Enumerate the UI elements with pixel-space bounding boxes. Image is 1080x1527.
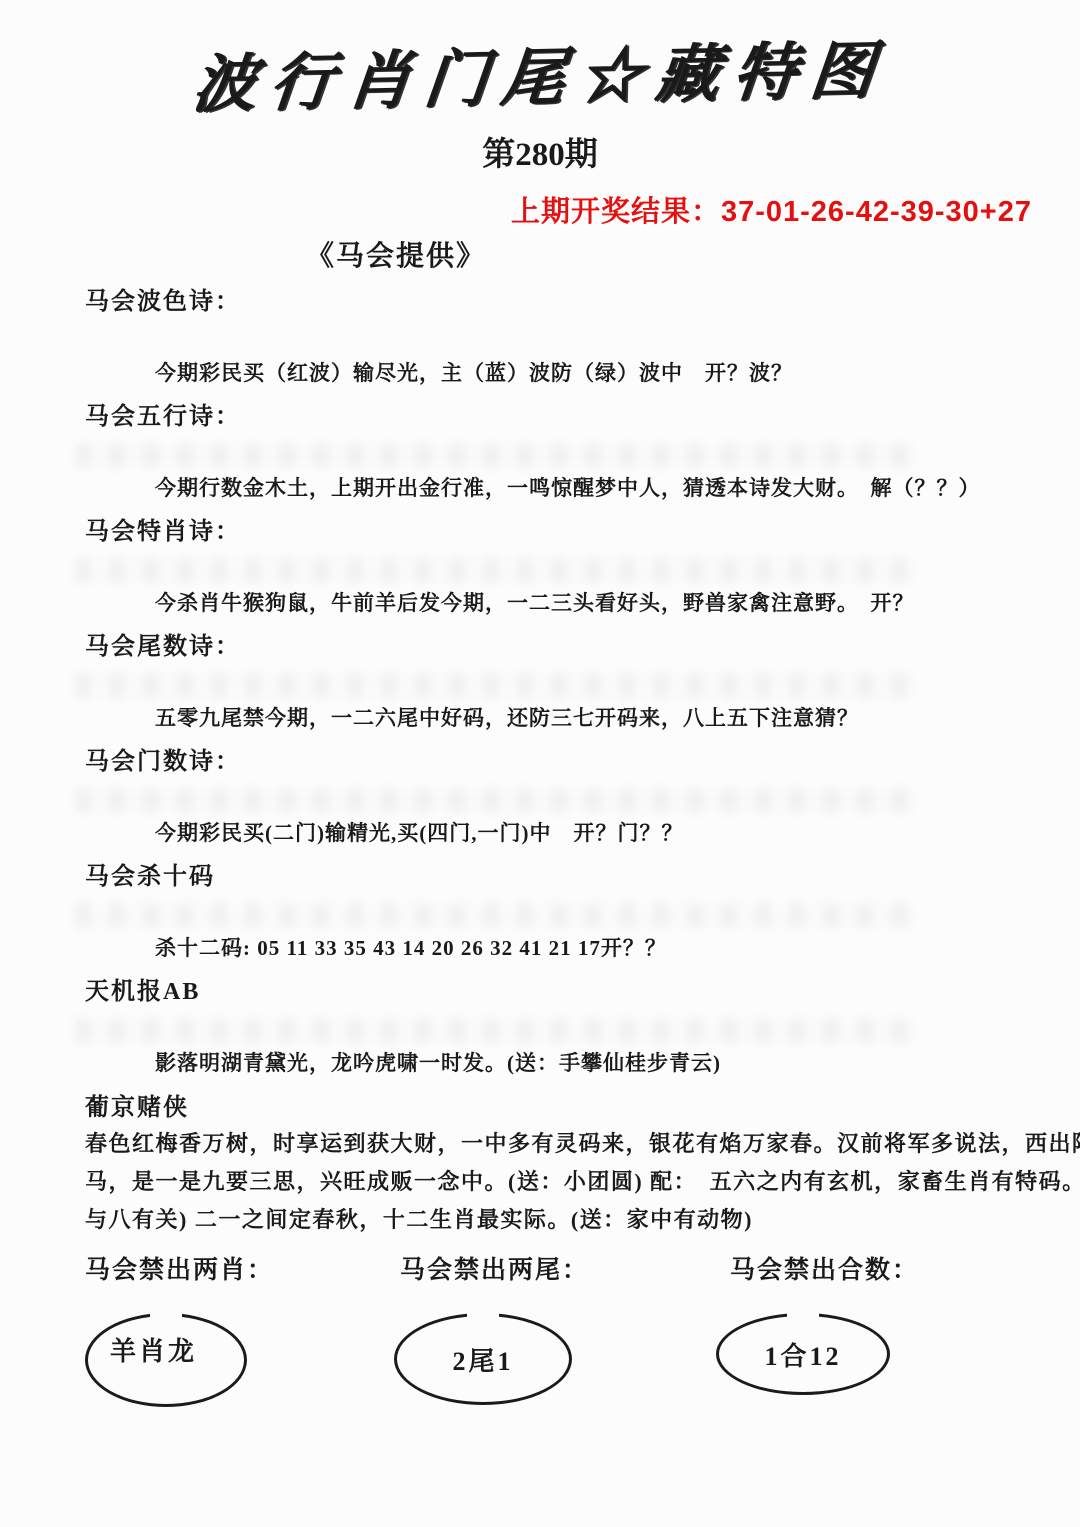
forbidden-heading: 马会禁出合数：: [730, 1255, 919, 1287]
oval-gap: [787, 1311, 819, 1320]
scan-smudge: [75, 558, 915, 583]
scan-smudge: [75, 788, 915, 813]
section-heading: 马会五行诗：: [85, 401, 1080, 433]
scan-smudge: [75, 903, 915, 928]
forbidden-value: 1合12: [764, 1336, 841, 1373]
section-shashima: 马会杀十码 杀十二码: 05 11 33 35 43 14 20 26 32 4…: [0, 861, 1080, 963]
section-wuxing: 马会五行诗： 今期行数金木土，上期开出金行准，一鸣惊醒梦中人，猜透本诗发大财。 …: [0, 401, 1080, 503]
section-poem: 今期彩民买（红波）输尽光，主（蓝）波防（绿）波中 开？波？: [155, 358, 1080, 388]
section-heading: 马会杀十码: [85, 861, 1080, 893]
tip-sheet-page: 波行肖门尾☆藏特图 第280期 上期开奖结果：37-01-26-42-39-30…: [0, 0, 1080, 1527]
section-texiao: 马会特肖诗： 今杀肖牛猴狗鼠，牛前羊后发今期，一二三头看好头，野兽家禽注意野。 …: [0, 516, 1080, 618]
page-title: 波行肖门尾☆藏特图: [0, 15, 1080, 142]
pujing-line: 春色红梅香万树，时享运到获大财，一中多有灵码来，银花有焰万家春。汉前将军多说法，…: [85, 1125, 1000, 1163]
section-bose: 马会波色诗： 今期彩民买（红波）输尽光，主（蓝）波防（绿）波中 开？波？: [0, 286, 1080, 388]
section-heading: 马会门数诗：: [85, 746, 1080, 778]
section-poem: 五零九尾禁今期，一二六尾中好码，还防三七开码来，八上五下注意猜？: [155, 703, 1080, 733]
scan-smudge: [75, 443, 915, 468]
section-tianjibao: 天机报AB 影落明湖青黛光，龙吟虎啸一时发。(送：手攀仙桂步青云): [0, 976, 1080, 1078]
forbidden-two-xiao: 马会禁出两肖： 羊肖龙: [85, 1255, 274, 1407]
scan-smudge: [75, 673, 915, 698]
last-draw-result: 上期开奖结果：37-01-26-42-39-30+27: [0, 196, 1080, 228]
forbidden-he-shu: 马会禁出合数： 1合12: [730, 1255, 919, 1395]
section-killed-numbers: 杀十二码: 05 11 33 35 43 14 20 26 32 41 21 1…: [155, 933, 1080, 963]
section-menshu: 马会门数诗： 今期彩民买(二门)输精光,买(四门,一门)中 开？门？？: [0, 746, 1080, 848]
pujing-section: 葡京赌侠 春色红梅香万树，时享运到获大财，一中多有灵码来，银花有焰万家春。汉前将…: [0, 1091, 1080, 1239]
section-heading: 马会波色诗：: [85, 286, 1080, 318]
forbidden-two-wei: 马会禁出两尾： 2尾1: [400, 1255, 589, 1405]
pujing-line: 与八有关) 二一之间定春秋，十二生肖最实际。(送：家中有动物): [85, 1201, 1000, 1239]
section-poem: 今期行数金木土，上期开出金行准，一鸣惊醒梦中人，猜透本诗发大财。 解（？？）: [155, 473, 1080, 503]
poem-sections: 马会波色诗： 今期彩民买（红波）输尽光，主（蓝）波防（绿）波中 开？波？ 马会五…: [0, 286, 1080, 1078]
forbidden-value: 2尾1: [452, 1341, 513, 1378]
forbidden-row: 马会禁出两肖： 羊肖龙 马会禁出两尾： 2尾1 马会禁出合数： 1合12: [0, 1255, 1080, 1475]
section-heading: 马会尾数诗：: [85, 631, 1080, 663]
forbidden-oval: 羊肖龙: [85, 1313, 247, 1407]
forbidden-oval: 1合12: [716, 1313, 890, 1395]
scan-smudge: [75, 1018, 915, 1043]
section-poem: 影落明湖青黛光，龙吟虎啸一时发。(送：手攀仙桂步青云): [155, 1048, 1080, 1078]
section-heading: 天机报AB: [85, 976, 1080, 1008]
forbidden-oval: 2尾1: [394, 1313, 572, 1405]
oval-gap: [150, 1311, 182, 1320]
section-poem: 今杀肖牛猴狗鼠，牛前羊后发今期，一二三头看好头，野兽家禽注意野。 开？: [155, 588, 1080, 618]
section-heading: 马会特肖诗：: [85, 516, 1080, 548]
pujing-line: 马，是一是九要三思，兴旺成贩一念中。(送：小团圆) 配： 五六之内有玄机，家畜生…: [85, 1163, 1000, 1201]
forbidden-value: 羊肖龙: [110, 1331, 197, 1368]
oval-gap: [467, 1311, 499, 1320]
section-poem: 今期彩民买(二门)输精光,买(四门,一门)中 开？门？？: [155, 818, 1080, 848]
section-weishu: 马会尾数诗： 五零九尾禁今期，一二六尾中好码，还防三七开码来，八上五下注意猜？: [0, 631, 1080, 733]
forbidden-heading: 马会禁出两尾：: [400, 1255, 589, 1287]
issue-number: 第280期: [0, 136, 1080, 174]
provider-label: 《马会提供》: [306, 234, 1080, 274]
pujing-heading: 葡京赌侠: [85, 1091, 1000, 1125]
forbidden-heading: 马会禁出两肖：: [85, 1255, 274, 1287]
